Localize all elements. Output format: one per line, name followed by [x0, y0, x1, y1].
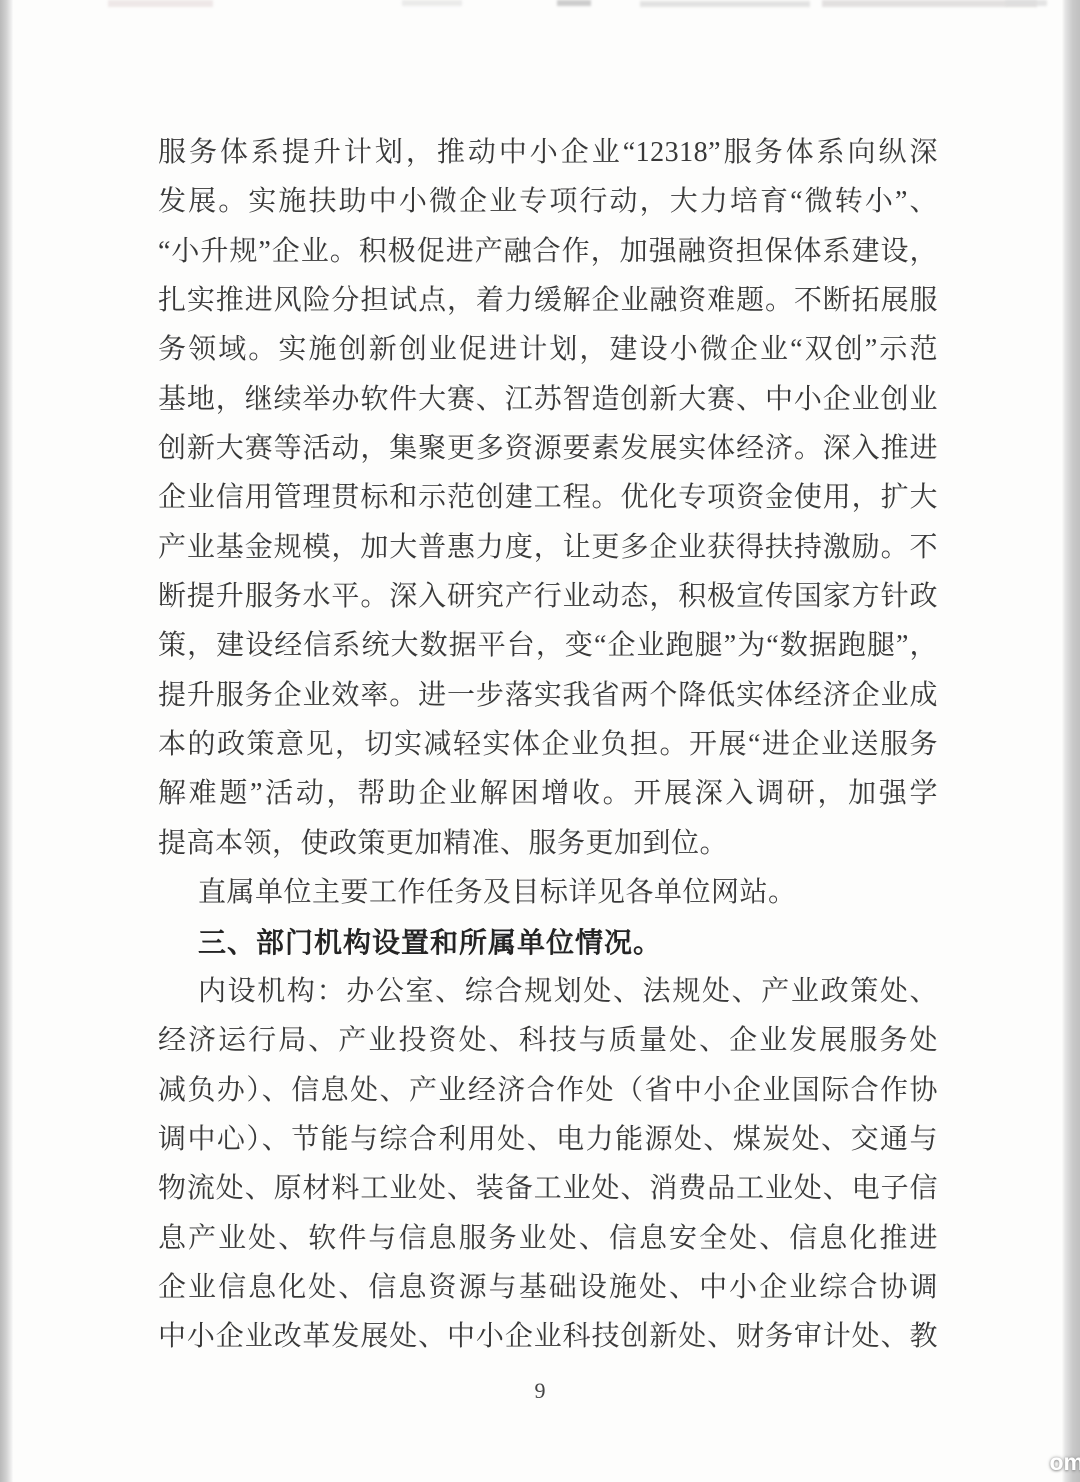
text-line: 服务体系提升计划，推动中小企业“12318”服务体系向纵深 [158, 128, 938, 177]
text-line: 经济运行局、产业投资处、科技与质量处、企业发展服务处（省 [158, 1016, 938, 1065]
scan-edge-left [0, 0, 13, 1482]
scan-artifact-top [557, 0, 591, 6]
text-line: 提升服务企业效率。进一步落实我省两个降低实体经济企业成 [158, 671, 938, 720]
text-line: 策，建设经信系统大数据平台，变“企业跑腿”为“数据跑腿”， [158, 621, 938, 670]
scan-artifact-top [1005, 0, 1047, 6]
text-line: 发展。实施扶助中小微企业专项行动，大力培育“微转小”、 [158, 177, 938, 226]
page-number: 9 [0, 1378, 1080, 1404]
body-text: 服务体系提升计划，推动中小企业“12318”服务体系向纵深 发展。实施扶助中小微… [158, 128, 938, 1362]
text-line: 断提升服务水平。深入研究产行业动态，积极宣传国家方针政 [158, 572, 938, 621]
text-line: 企业信用管理贯标和示范创建工程。优化专项资金使用，扩大 [158, 473, 938, 522]
text-line: 产业基金规模，加大普惠力度，让更多企业获得扶持激励。不 [158, 523, 938, 572]
text-line: 调中心）、节能与综合利用处、电力能源处、煤炭处、交通与 [158, 1115, 938, 1164]
watermark-fragment: om [1050, 1449, 1080, 1476]
section-heading: 三、部门机构设置和所属单位情况。 [158, 918, 938, 967]
text-line: 物流处、原材料工业处、装备工业处、消费品工业处、电子信 [158, 1164, 938, 1213]
document-page: 服务体系提升计划，推动中小企业“12318”服务体系向纵深 发展。实施扶助中小微… [0, 0, 1080, 1482]
scan-edge-right [1062, 0, 1080, 1482]
text-line: 企业信息化处、信息资源与基础设施处、中小企业综合协调处、 [158, 1263, 938, 1312]
scan-artifact-top [640, 1, 810, 7]
scan-artifact-top [822, 0, 1037, 7]
text-line: 本的政策意见，切实减轻实体企业负担。开展“进企业送服务 [158, 720, 938, 769]
text-line: 内设机构：办公室、综合规划处、法规处、产业政策处、 [158, 967, 938, 1016]
scan-artifact-top [402, 0, 462, 6]
text-line: 创新大赛等活动，集聚更多资源要素发展实体经济。深入推进 [158, 424, 938, 473]
text-line: 务领域。实施创新创业促进计划，建设小微企业“双创”示范 [158, 325, 938, 374]
text-line: 基地，继续举办软件大赛、江苏智造创新大赛、中小企业创业 [158, 375, 938, 424]
text-line: 息产业处、软件与信息服务业处、信息安全处、信息化推进处、 [158, 1214, 938, 1263]
text-line: 提高本领，使政策更加精准、服务更加到位。 [158, 819, 938, 868]
text-line: 解难题”活动，帮助企业解困增收。开展深入调研，加强学习， [158, 769, 938, 818]
text-line: 直属单位主要工作任务及目标详见各单位网站。 [158, 868, 938, 917]
scan-artifact-top [108, 0, 213, 7]
text-line: 减负办）、信息处、产业经济合作处（省中小企业国际合作协 [158, 1066, 938, 1115]
text-line: 中小企业改革发展处、中小企业科技创新处、财务审计处、教 [158, 1312, 938, 1361]
text-line: 扎实推进风险分担试点，着力缓解企业融资难题。不断拓展服 [158, 276, 938, 325]
text-line: “小升规”企业。积极促进产融合作，加强融资担保体系建设， [158, 227, 938, 276]
